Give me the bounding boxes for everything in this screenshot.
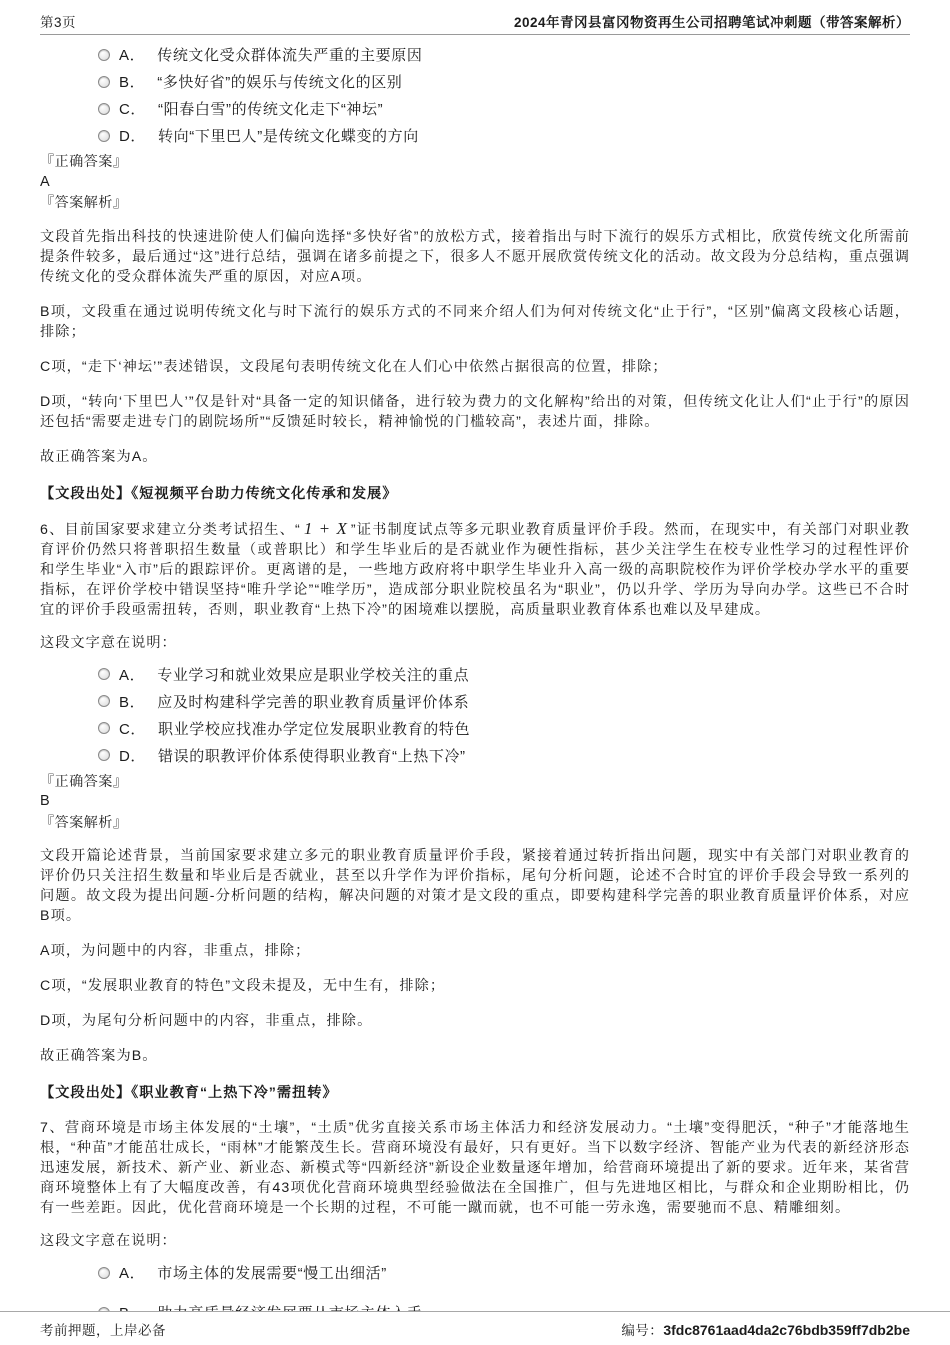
option-letter: C． xyxy=(119,98,146,119)
source-line: 【文段出处】《职业教育“上热下冷”需扭转》 xyxy=(40,1082,910,1102)
document-id: 编号：3fdc8761aad4da2c76bdb359ff7db2be xyxy=(621,1319,910,1339)
correct-answer-label: 『正确答案』 xyxy=(40,152,910,171)
radio-button[interactable] xyxy=(98,722,110,734)
radio-button[interactable] xyxy=(98,49,110,61)
analysis-paragraph: 文段开篇论述背景，当前国家要求建立多元的职业教育质量评价手段，紧接着通过转折指出… xyxy=(40,846,910,926)
analysis-label: 『答案解析』 xyxy=(40,193,910,212)
option-text: 专业学习和就业效果应是职业学校关注的重点 xyxy=(157,664,469,685)
document-title: 2024年青冈县富冈物资再生公司招聘笔试冲刺题（带答案解析） xyxy=(514,11,910,31)
analysis-paragraph: D项，为尾句分析问题中的内容，非重点，排除。 xyxy=(40,1011,910,1031)
analysis-paragraph: C项，“走下‘神坛’”表述错误，文段尾句表明传统文化在人们心中依然占据很高的位置… xyxy=(40,357,910,377)
formula-1-plus-x: 1 + X xyxy=(301,519,351,538)
radio-button[interactable] xyxy=(98,76,110,88)
analysis-paragraph: 文段首先指出科技的快速进阶使人们偏向选择“多快好省”的放松方式，接着指出与时下流… xyxy=(40,227,910,287)
page-number: 第3页 xyxy=(40,11,76,31)
option-letter: D． xyxy=(119,125,146,146)
analysis-paragraph: D项，“转向‘下里巴人’”仅是针对“具备一定的知识储备，进行较为费力的文化解构”… xyxy=(40,392,910,432)
option-a[interactable]: A． 市场主体的发展需要“慢工出细活” xyxy=(98,1262,910,1283)
page-header: 第3页 2024年青冈县富冈物资再生公司招聘笔试冲刺题（带答案解析） xyxy=(40,0,910,35)
analysis-paragraph: C项，“发展职业教育的特色”文段未提及，无中生有，排除； xyxy=(40,976,910,996)
option-text: 错误的职教评价体系使得职业教育“上热下冷” xyxy=(158,745,466,766)
correct-answer-value: B xyxy=(40,792,910,811)
radio-button[interactable] xyxy=(98,1267,110,1279)
question-5-block: A． 传统文化受众群体流失严重的主要原因 B． “多快好省”的娱乐与传统文化的区… xyxy=(40,44,910,503)
option-c[interactable]: C． “阳春白雪”的传统文化走下“神坛” xyxy=(98,98,910,119)
option-text: “多快好省”的娱乐与传统文化的区别 xyxy=(157,71,402,92)
question-6-block: 6、目前国家要求建立分类考试招生、“1 + X”证书制度试点等多元职业教育质量评… xyxy=(40,519,910,1103)
option-letter: C． xyxy=(119,718,146,739)
analysis-paragraph: B项，文段重在通过说明传统文化与时下流行的娱乐方式的不同来介绍人们为何对传统文化… xyxy=(40,302,910,342)
question-6-options: A． 专业学习和就业效果应是职业学校关注的重点 B． 应及时构建科学完善的职业教… xyxy=(40,664,910,766)
option-d[interactable]: D． 错误的职教评价体系使得职业教育“上热下冷” xyxy=(98,745,910,766)
option-letter: A． xyxy=(119,44,145,65)
analysis-label: 『答案解析』 xyxy=(40,813,910,832)
radio-button[interactable] xyxy=(98,103,110,115)
option-letter: B． xyxy=(119,71,145,92)
question-6-prompt: 这段文字意在说明： xyxy=(40,632,910,652)
option-text: 应及时构建科学完善的职业教育质量评价体系 xyxy=(157,691,469,712)
source-line: 【文段出处】《短视频平台助力传统文化传承和发展》 xyxy=(40,483,910,503)
analysis-conclusion: 故正确答案为A。 xyxy=(40,447,910,467)
radio-button[interactable] xyxy=(98,695,110,707)
correct-answer-value: A xyxy=(40,173,910,192)
analysis-paragraph: A项，为问题中的内容，非重点，排除； xyxy=(40,941,910,961)
page-footer: 考前押题，上岸必备 编号：3fdc8761aad4da2c76bdb359ff7… xyxy=(0,1311,950,1345)
document-page: 第3页 2024年青冈县富冈物资再生公司招聘笔试冲刺题（带答案解析） A． 传统… xyxy=(0,0,950,1323)
option-text: “阳春白雪”的传统文化走下“神坛” xyxy=(158,98,383,119)
option-text: 转向“下里巴人”是传统文化蝶变的方向 xyxy=(158,125,419,146)
document-id-value: 3fdc8761aad4da2c76bdb359ff7db2be xyxy=(663,1322,910,1338)
question-7-block: 7、营商环境是市场主体发展的“土壤”，“土质”优劣直接关系市场主体活力和经济发展… xyxy=(40,1118,910,1323)
correct-answer-label: 『正确答案』 xyxy=(40,772,910,791)
option-a[interactable]: A． 传统文化受众群体流失严重的主要原因 xyxy=(98,44,910,65)
footer-slogan: 考前押题，上岸必备 xyxy=(40,1319,166,1339)
option-b[interactable]: B． 应及时构建科学完善的职业教育质量评价体系 xyxy=(98,691,910,712)
option-letter: A． xyxy=(119,664,145,685)
option-letter: B． xyxy=(119,691,145,712)
radio-button[interactable] xyxy=(98,130,110,142)
question-7-stem: 7、营商环境是市场主体发展的“土壤”，“土质”优劣直接关系市场主体活力和经济发展… xyxy=(40,1118,910,1218)
radio-button[interactable] xyxy=(98,668,110,680)
option-letter: D． xyxy=(119,745,146,766)
option-b[interactable]: B． “多快好省”的娱乐与传统文化的区别 xyxy=(98,71,910,92)
option-c[interactable]: C． 职业学校应找准办学定位发展职业教育的特色 xyxy=(98,718,910,739)
option-text: 职业学校应找准办学定位发展职业教育的特色 xyxy=(158,718,470,739)
document-id-label: 编号： xyxy=(621,1323,663,1338)
option-d[interactable]: D． 转向“下里巴人”是传统文化蝶变的方向 xyxy=(98,125,910,146)
radio-button[interactable] xyxy=(98,749,110,761)
analysis-conclusion: 故正确答案为B。 xyxy=(40,1046,910,1066)
option-letter: A． xyxy=(119,1262,145,1283)
stem-text-pre: 6、目前国家要求建立分类考试招生、“ xyxy=(40,522,301,538)
option-text: 传统文化受众群体流失严重的主要原因 xyxy=(157,44,422,65)
option-text: 市场主体的发展需要“慢工出细活” xyxy=(157,1262,387,1283)
question-5-options: A． 传统文化受众群体流失严重的主要原因 B． “多快好省”的娱乐与传统文化的区… xyxy=(40,44,910,146)
question-7-prompt: 这段文字意在说明： xyxy=(40,1230,910,1250)
question-6-stem: 6、目前国家要求建立分类考试招生、“1 + X”证书制度试点等多元职业教育质量评… xyxy=(40,519,910,620)
option-a[interactable]: A． 专业学习和就业效果应是职业学校关注的重点 xyxy=(98,664,910,685)
